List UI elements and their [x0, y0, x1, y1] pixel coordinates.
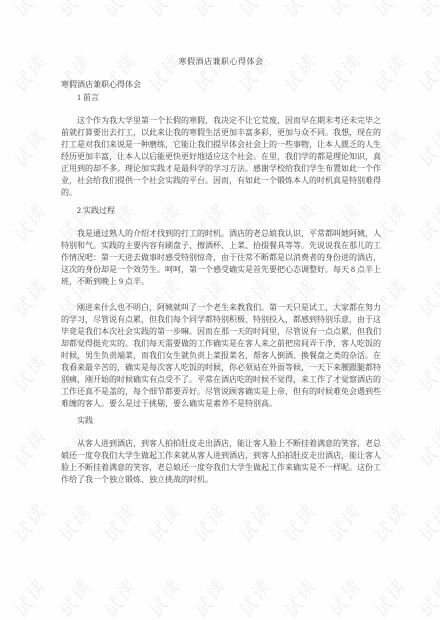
watermark-stamp: 试读	[411, 573, 440, 620]
watermark-stamp: 试读	[411, 48, 440, 97]
watermark-stamp: 试读	[276, 498, 321, 547]
section-label-process: 2 实践过程	[61, 205, 381, 217]
watermark-stamp: 试读	[141, 498, 186, 547]
watermark-stamp: 试读	[6, 423, 51, 472]
watermark-stamp: 试读	[366, 498, 411, 547]
watermark-stamp: 试读	[411, 0, 440, 23]
document-page: 试读试读试读试读试读试读试读试读试读试读试读试读试读试读试读试读试读试读试读试读…	[0, 0, 440, 620]
section-label-foreword: 1 前言	[61, 92, 381, 104]
document-content: 寒假酒店兼职心得体会 寒假酒店兼职心得体会 1 前言 这个作为我大学里第一个长假…	[61, 56, 381, 486]
watermark-stamp: 试读	[51, 573, 96, 620]
watermark-stamp: 试读	[96, 573, 141, 620]
watermark-stamp: 试读	[6, 0, 51, 23]
watermark-stamp: 试读	[411, 498, 440, 547]
watermark-stamp: 试读	[276, 573, 321, 620]
watermark-stamp: 试读	[6, 348, 51, 397]
watermark-stamp: 试读	[321, 498, 366, 547]
paragraph-practice: 从客人进到酒店，到客人拍拍肚皮走出酒店，能让客人脸上不断挂着满意的笑容，老总娘还…	[61, 438, 381, 486]
watermark-stamp: 试读	[231, 573, 276, 620]
watermark-stamp: 试读	[411, 273, 440, 322]
watermark-stamp: 试读	[411, 423, 440, 472]
watermark-stamp: 试读	[6, 273, 51, 322]
watermark-stamp: 试读	[6, 498, 51, 547]
watermark-stamp: 试读	[6, 48, 51, 97]
watermark-stamp: 试读	[186, 0, 231, 23]
document-heading: 寒假酒店兼职心得体会	[61, 79, 381, 91]
watermark-stamp: 试读	[321, 573, 366, 620]
watermark-stamp: 试读	[231, 0, 276, 23]
watermark-stamp: 试读	[411, 123, 440, 172]
document-title: 寒假酒店兼职心得体会	[61, 56, 381, 68]
watermark-stamp: 试读	[141, 0, 186, 23]
watermark-stamp: 试读	[6, 123, 51, 172]
watermark-stamp: 试读	[231, 498, 276, 547]
watermark-stamp: 试读	[51, 0, 96, 23]
section-label-practice: 实践	[61, 415, 381, 427]
watermark-stamp: 试读	[6, 573, 51, 620]
watermark-stamp: 试读	[51, 498, 96, 547]
watermark-stamp: 试读	[96, 0, 141, 23]
paragraph-process-1: 我是通过熟人的介绍才找到的打工的时机。酒店的老总娘我认识，平常都叫她阿姨，人特别…	[61, 228, 381, 288]
paragraph-foreword: 这个作为我大学里第一个长假的寒假，我决定不让它荒废，因而早在期末考还未完毕之前就…	[61, 115, 381, 199]
watermark-stamp: 试读	[321, 0, 366, 23]
watermark-stamp: 试读	[6, 198, 51, 247]
watermark-stamp: 试读	[411, 348, 440, 397]
paragraph-process-2: 刚进来什么也不明白，阿姨就叫了一个老生来教我们。第一天只是试工，大家都在努力的学…	[61, 302, 381, 410]
watermark-stamp: 试读	[366, 0, 411, 23]
watermark-stamp: 试读	[366, 573, 411, 620]
watermark-stamp: 试读	[186, 573, 231, 620]
watermark-stamp: 试读	[276, 0, 321, 23]
watermark-stamp: 试读	[186, 498, 231, 547]
watermark-stamp: 试读	[96, 498, 141, 547]
watermark-stamp: 试读	[141, 573, 186, 620]
watermark-stamp: 试读	[411, 198, 440, 247]
